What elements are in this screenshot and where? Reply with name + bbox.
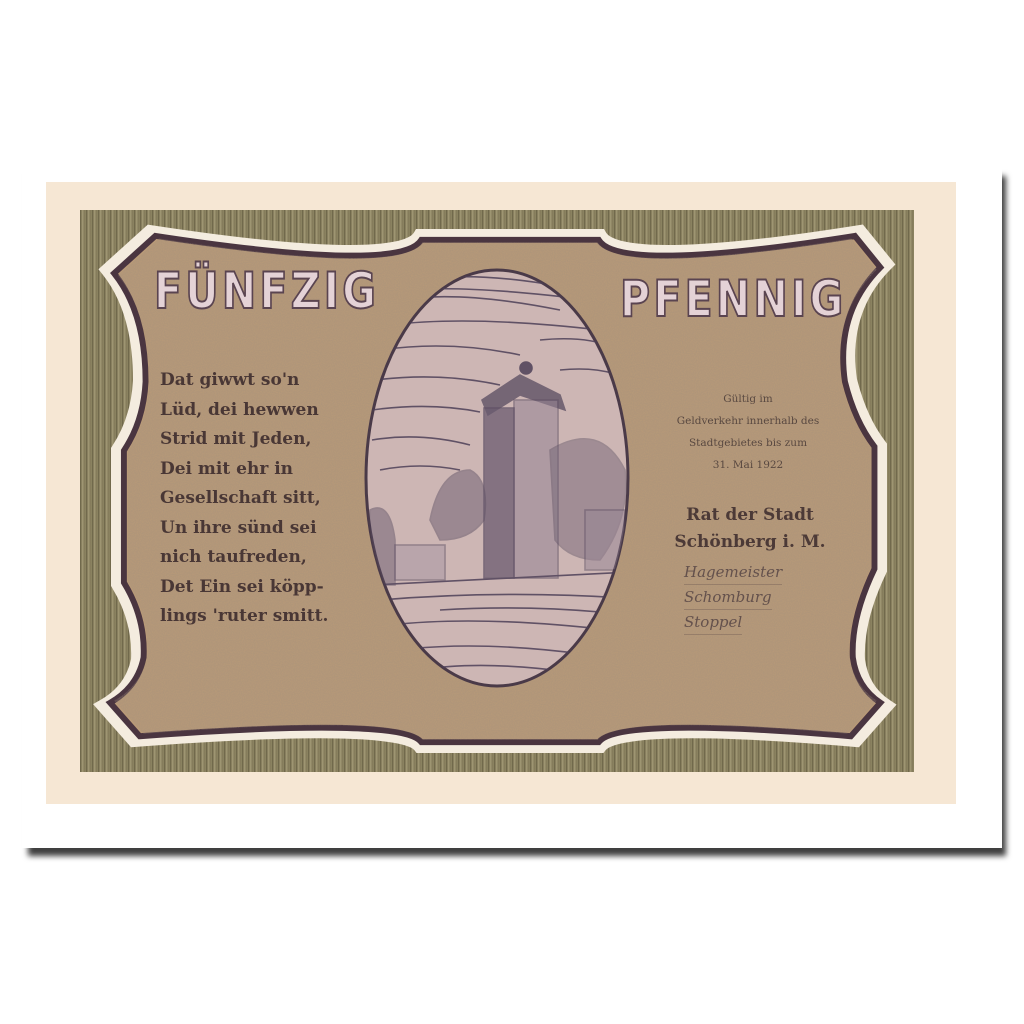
signature: Schomburg (684, 585, 772, 610)
poem-line: nich taufreden, (160, 543, 360, 573)
poem-line: Gesellschaft sitt, (160, 484, 360, 514)
issuer-line: Schönberg i. M. (650, 529, 850, 556)
poem-text: Dat giwwt so'n Lüd, dei hewwen Strid mit… (160, 366, 360, 632)
poem-line: Dei mit ehr in (160, 455, 360, 485)
signature: Stoppel (684, 610, 742, 635)
poem-line: lings 'ruter smitt. (160, 602, 360, 632)
poem-line: Det Ein sei köpp- (160, 573, 360, 603)
poem-line: Lüd, dei hewwen (160, 396, 360, 426)
poem-line: Dat giwwt so'n (160, 366, 360, 396)
issuer-text: Rat der Stadt Schönberg i. M. (650, 502, 850, 556)
validity-notice: Gültig im Geldverkehr innerhalb des Stad… (648, 388, 848, 476)
validity-line: Stadtgebietes bis zum (648, 432, 848, 454)
denomination-word-pfennig: PFENNIG (620, 270, 847, 328)
vignette-church-tower (366, 270, 630, 686)
issuer-line: Rat der Stadt (650, 502, 850, 529)
signature: Hagemeister (684, 560, 782, 585)
validity-line: Geldverkehr innerhalb des (648, 410, 848, 432)
banknote-frame (0, 0, 1024, 1024)
poem-line: Un ihre sünd sei (160, 514, 360, 544)
validity-line: Gültig im (648, 388, 848, 410)
validity-line: 31. Mai 1922 (648, 454, 848, 476)
signatures: Hagemeister Schomburg Stoppel (684, 560, 824, 635)
denomination-word-fuenfzig: FÜNFZIG (154, 262, 379, 320)
poem-line: Strid mit Jeden, (160, 425, 360, 455)
